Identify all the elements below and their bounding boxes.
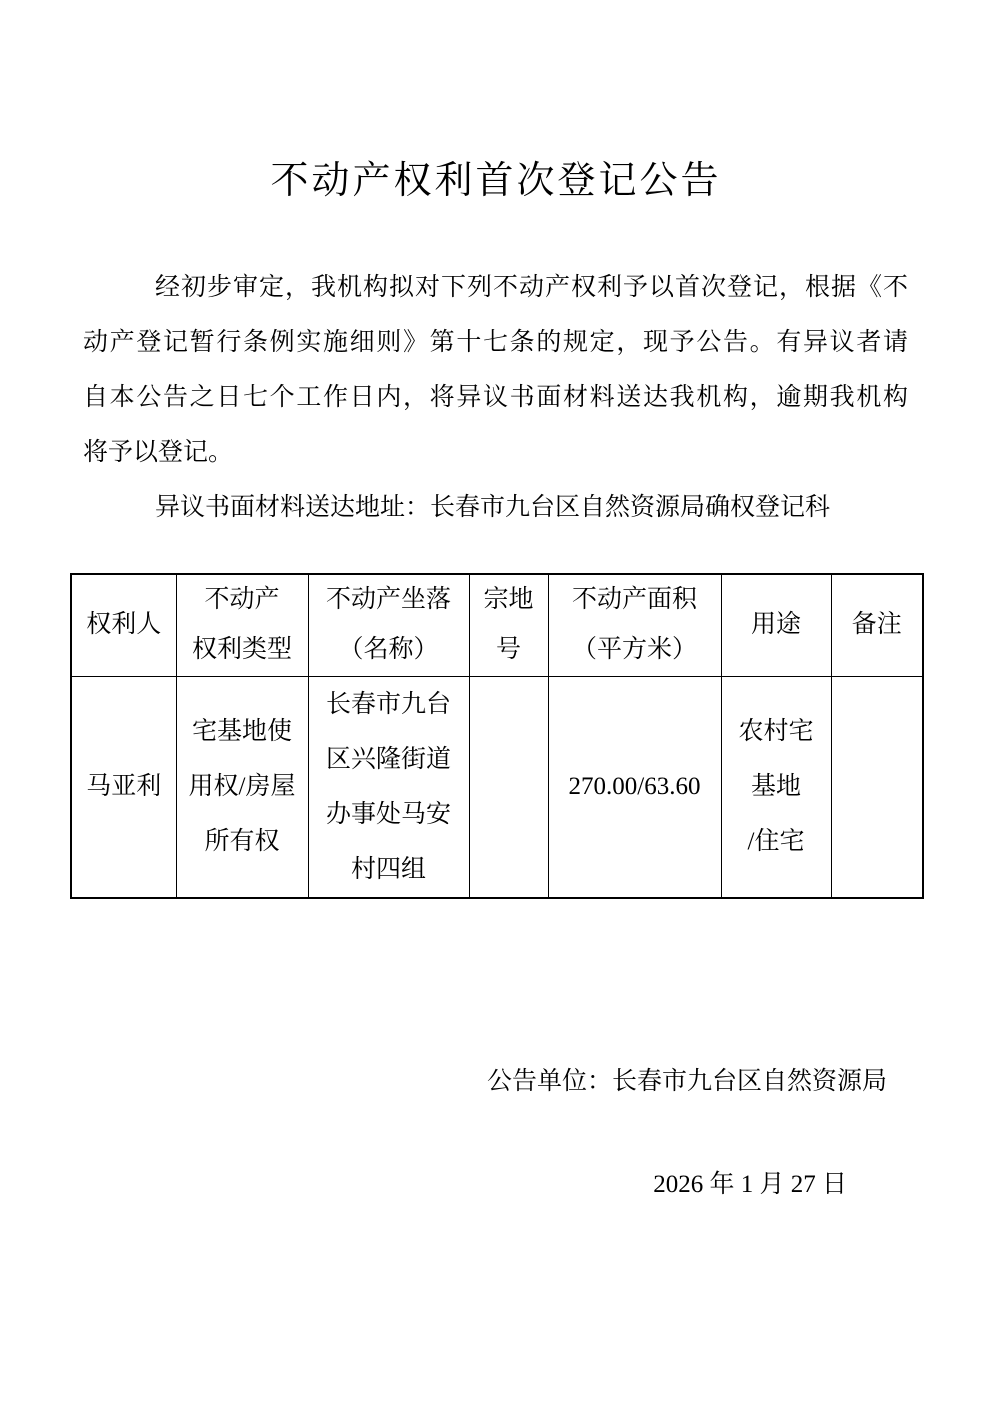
intro-line-2: 动产登记暂行条例实施细则》第十七条的规定，现予公告。有异议者请 [83, 315, 908, 370]
intro-line-1: 经初步审定，我机构拟对下列不动产权利予以首次登记，根据《不 [83, 260, 908, 315]
header-cell-parcel-no: 宗地 号 [469, 574, 548, 676]
cell-parcel-no [469, 676, 548, 898]
header-cell-location: 不动产坐落 （名称） [308, 574, 469, 676]
cell-location: 长春市九台 区兴隆街道 办事处马安 村四组 [308, 676, 469, 898]
date-line: 2026 年 1 月 27 日 [0, 1157, 992, 1212]
cell-right-type: 宅基地使 用权/房屋 所有权 [176, 676, 308, 898]
intro-line-3: 自本公告之日七个工作日内，将异议书面材料送达我机构，逾期我机构 [83, 370, 908, 425]
header-cell-area: 不动产面积 （平方米） [548, 574, 721, 676]
page-title: 不动产权利首次登记公告 [0, 158, 992, 204]
announcement-body: 经初步审定，我机构拟对下列不动产权利予以首次登记，根据《不 动产登记暂行条例实施… [83, 260, 908, 535]
header-cell-right-holder: 权利人 [71, 574, 176, 676]
header-cell-usage: 用途 [721, 574, 831, 676]
announcement-document-page: 不动产权利首次登记公告 经初步审定，我机构拟对下列不动产权利予以首次登记，根据《… [0, 0, 992, 1403]
delivery-address-line: 异议书面材料送达地址：长春市九台区自然资源局确权登记科 [83, 480, 908, 535]
header-cell-remarks: 备注 [831, 574, 923, 676]
cell-remarks [831, 676, 923, 898]
header-cell-right-type: 不动产 权利类型 [176, 574, 308, 676]
cell-area: 270.00/63.60 [548, 676, 721, 898]
issuer-line: 公告单位：长春市九台区自然资源局 [0, 1054, 992, 1109]
table-data-row: 马亚利 宅基地使 用权/房屋 所有权 长春市九台 区兴隆街道 办事处马安 村四组… [71, 676, 923, 898]
table-header-row: 权利人 不动产 权利类型 不动产坐落 （名称） 宗地 号 不动产面积 （平方米）… [71, 574, 923, 676]
registration-table: 权利人 不动产 权利类型 不动产坐落 （名称） 宗地 号 不动产面积 （平方米）… [70, 573, 924, 899]
intro-line-4: 将予以登记。 [83, 425, 908, 480]
cell-right-holder: 马亚利 [71, 676, 176, 898]
cell-usage: 农村宅 基地 /住宅 [721, 676, 831, 898]
